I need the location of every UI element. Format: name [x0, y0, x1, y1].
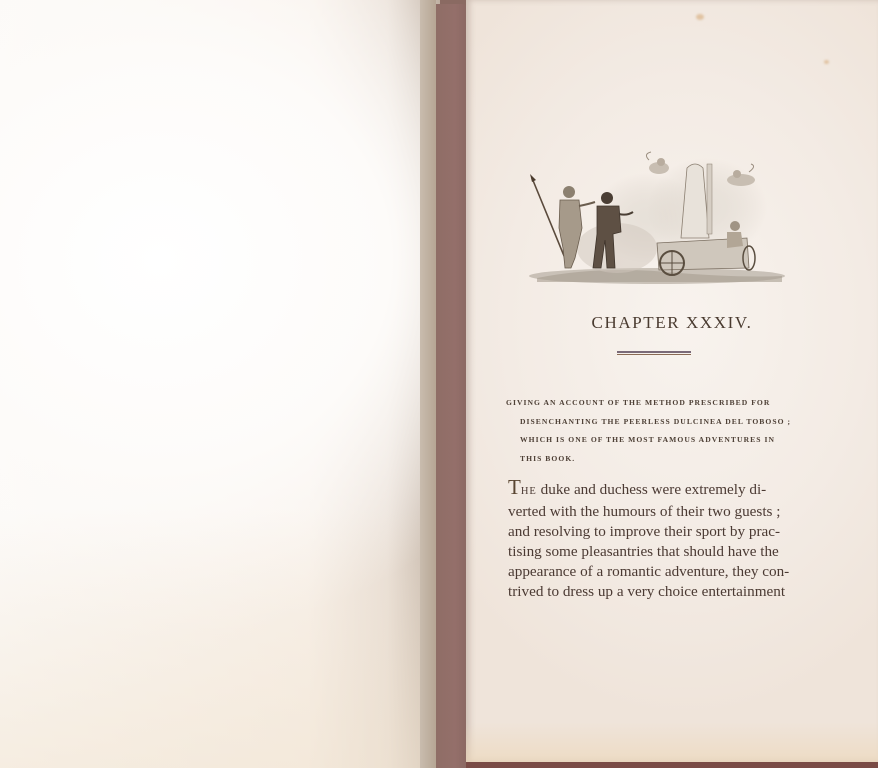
right-page	[466, 0, 878, 762]
page-edge-stack	[436, 4, 468, 768]
engraved-vignette	[527, 148, 787, 288]
drop-cap: T	[508, 475, 521, 499]
body-line: appearance of a romantic adventure, they…	[508, 562, 838, 582]
left-page-blank	[0, 0, 440, 768]
synopsis-line: GIVING AN ACCOUNT OF THE METHOD PRESCRIB…	[506, 394, 836, 413]
body-line: THE duke and duchess were extremely di-	[508, 477, 838, 502]
body-line: trived to dress up a very choice enterta…	[508, 582, 838, 602]
body-line: verted with the humours of their two gue…	[508, 502, 838, 522]
body-paragraph: THE duke and duchess were extremely di- …	[508, 477, 838, 603]
chapter-synopsis: GIVING AN ACCOUNT OF THE METHOD PRESCRIB…	[506, 394, 836, 468]
decorative-double-rule	[617, 351, 691, 356]
gutter-shadow	[420, 0, 436, 768]
foxing-spot	[696, 14, 704, 20]
illustration-icon	[527, 148, 787, 288]
body-line: and resolving to improve their sport by …	[508, 522, 838, 542]
open-book: CHAPTER XXXIV. GIVING AN ACCOUNT OF THE …	[0, 0, 878, 768]
rule-line	[617, 351, 691, 353]
chapter-title: CHAPTER XXXIV.	[466, 313, 878, 333]
synopsis-line: DISENCHANTING THE PEERLESS DULCINEA DEL …	[506, 413, 836, 432]
body-line-text: duke and duchess were extremely di-	[537, 481, 766, 498]
page-bottom-edge	[466, 762, 878, 768]
synopsis-line: THIS BOOK.	[506, 450, 836, 469]
foxing-spot	[824, 60, 829, 64]
small-caps: HE	[521, 486, 537, 497]
synopsis-line: WHICH IS ONE OF THE MOST FAMOUS ADVENTUR…	[506, 431, 836, 450]
body-line: tising some pleasantries that should hav…	[508, 542, 838, 562]
rule-line	[617, 354, 691, 355]
